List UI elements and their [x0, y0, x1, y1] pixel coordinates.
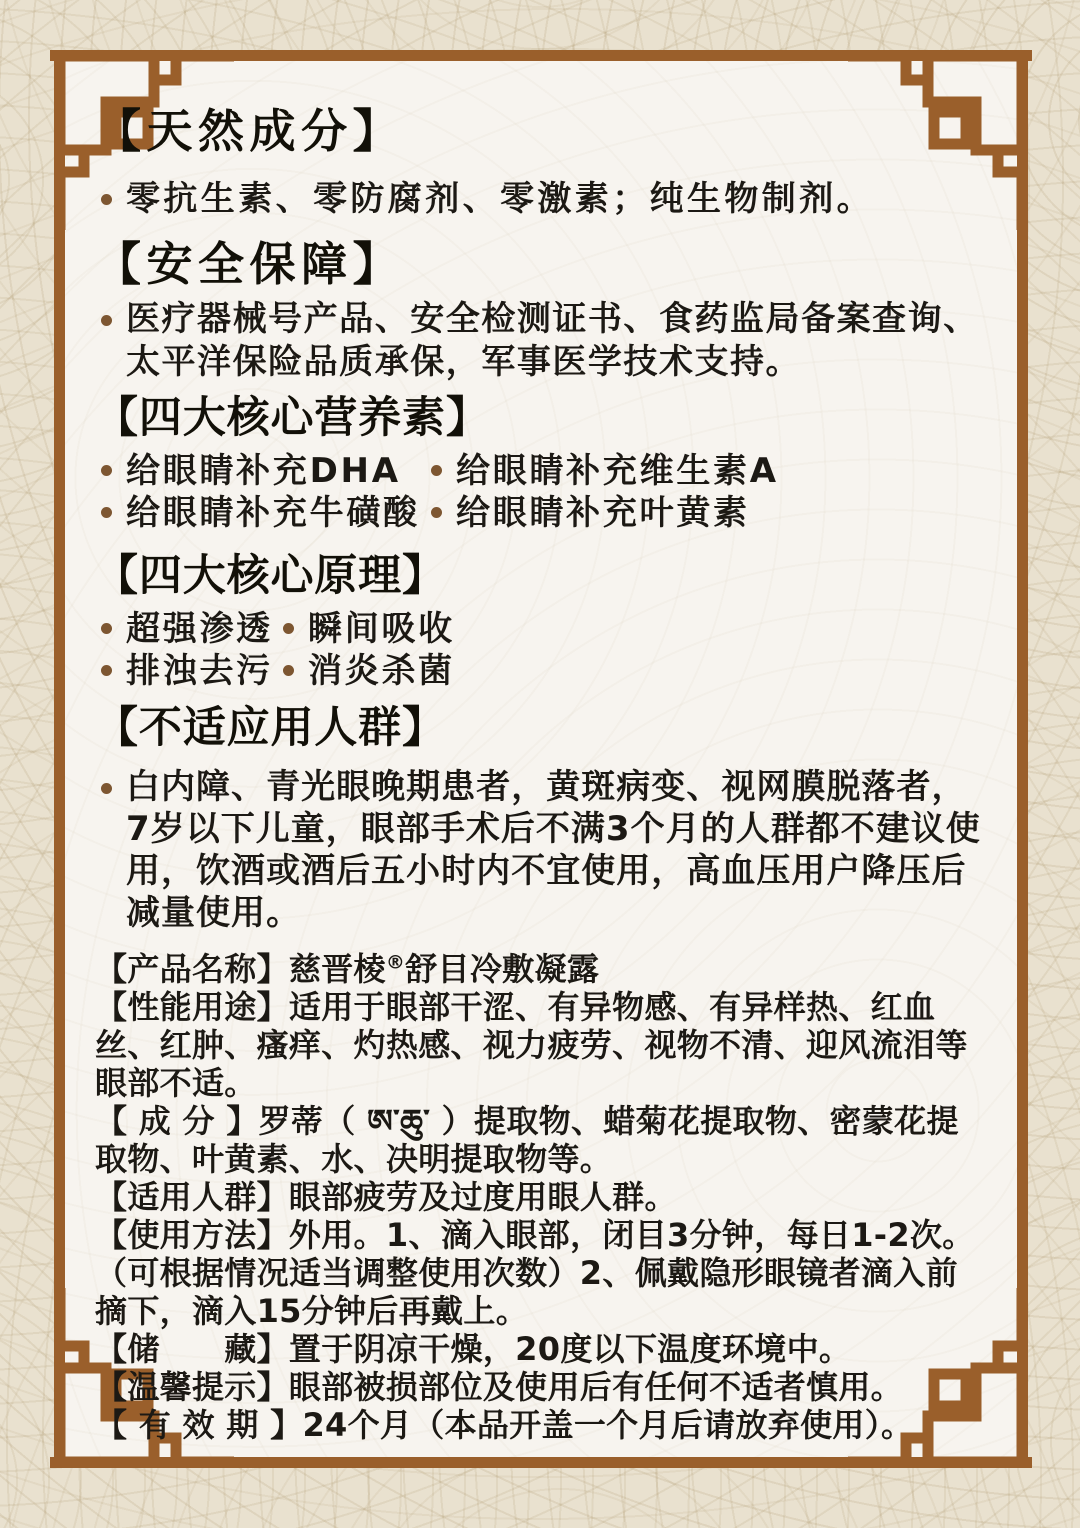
bullet-dot-icon: [101, 194, 112, 205]
principle-item: 消炎杀菌: [277, 650, 990, 692]
bullet-dot-icon: [283, 665, 294, 676]
bullet-dot-icon: [101, 315, 112, 326]
bullet-dot-icon: [101, 465, 112, 476]
nutrient-text: 给眼睛补充维生素A: [456, 450, 779, 492]
frame-border-left: [54, 50, 65, 1468]
unsuitable-users-text: 白内障、青光眼晚期患者，黄斑病变、视网膜脱落者，7岁以下儿童，眼部手术后不满3个…: [126, 766, 990, 934]
registered-trademark-icon: ®: [386, 951, 405, 973]
nutrient-item: 给眼睛补充维生素A: [425, 450, 990, 492]
safety-item: 医疗器械号产品、安全检测证书、食药监局备案查询、太平洋保险品质承保，军事医学技术…: [95, 298, 990, 384]
section-title-natural-ingredients: 【天然成分】: [95, 105, 990, 157]
nutrient-item: 给眼睛补充牛磺酸: [95, 492, 425, 534]
natural-ingredients-item: 零抗生素、零防腐剂、零激素；纯生物制剂。: [95, 177, 990, 222]
frame-border-right: [1017, 50, 1028, 1468]
section-title-nutrients: 【四大核心营养素】: [95, 392, 990, 444]
shelf-life-line: 【 有 效 期 】24个月（本品开盖一个月后请放弃使用）。: [95, 1406, 990, 1444]
bullet-dot-icon: [101, 783, 112, 794]
principle-item: 瞬间吸收: [277, 608, 990, 650]
directions-line: 【使用方法】外用。1、滴入眼部，闭目3分钟，每日1-2次。（可根据情况适当调整使…: [95, 1216, 990, 1330]
principle-text: 超强渗透: [126, 608, 273, 650]
section-title-safety: 【安全保障】: [95, 238, 990, 290]
principle-item: 超强渗透: [95, 608, 277, 650]
section-title-principles: 【四大核心原理】: [95, 550, 990, 602]
bullet-dot-icon: [101, 623, 112, 634]
bullet-dot-icon: [101, 507, 112, 518]
product-name-rest: 舒目冷敷凝露: [405, 950, 599, 988]
principles-grid: 超强渗透 瞬间吸收 排浊去污 消炎杀菌: [95, 608, 990, 692]
nutrient-item: 给眼睛补充DHA: [95, 450, 425, 492]
usage-scope-line: 【性能用途】适用于眼部干涩、有异物感、有异样热、红血丝、红肿、瘙痒、灼热感、视力…: [95, 988, 990, 1102]
safety-text: 医疗器械号产品、安全检测证书、食药监局备案查询、太平洋保险品质承保，军事医学技术…: [126, 298, 990, 384]
principle-text: 瞬间吸收: [308, 608, 455, 650]
product-name-label: 【产品名称】慈晋棱: [95, 950, 386, 988]
principle-item: 排浊去污: [95, 650, 277, 692]
label-content: 【天然成分】 零抗生素、零防腐剂、零激素；纯生物制剂。 【安全保障】 医疗器械号…: [95, 105, 990, 1444]
target-users-line: 【适用人群】眼部疲劳及过度用眼人群。: [95, 1178, 990, 1216]
nutrient-text: 给眼睛补充叶黄素: [456, 492, 750, 534]
bullet-dot-icon: [431, 507, 442, 518]
nutrient-text: 给眼睛补充DHA: [126, 450, 401, 492]
principle-text: 消炎杀菌: [308, 650, 455, 692]
nutrient-item: 给眼睛补充叶黄素: [425, 492, 990, 534]
storage-line: 【储 藏】置于阴凉干燥，20度以下温度环境中。: [95, 1330, 990, 1368]
product-details-block: 【产品名称】慈晋棱®舒目冷敷凝露 【性能用途】适用于眼部干涩、有异物感、有异样热…: [95, 950, 990, 1444]
nutrient-text: 给眼睛补充牛磺酸: [126, 492, 420, 534]
warm-tip-line: 【温馨提示】眼部被损部位及使用后有任何不适者慎用。: [95, 1368, 990, 1406]
section-title-unsuitable-users: 【不适应用人群】: [95, 702, 990, 754]
bullet-dot-icon: [283, 623, 294, 634]
ingredients-line: 【 成 分 】罗蒂（ ཨ་ཆུ་ ）提取物、蜡菊花提取物、密蒙花提取物、叶黄素、…: [95, 1102, 990, 1178]
bullet-dot-icon: [431, 465, 442, 476]
bullet-dot-icon: [101, 665, 112, 676]
product-name-line: 【产品名称】慈晋棱®舒目冷敷凝露: [95, 950, 990, 988]
nutrients-grid: 给眼睛补充DHA 给眼睛补充维生素A 给眼睛补充牛磺酸 给眼睛补充叶黄素: [95, 450, 990, 534]
natural-ingredients-text: 零抗生素、零防腐剂、零激素；纯生物制剂。: [126, 177, 874, 222]
principle-text: 排浊去污: [126, 650, 273, 692]
unsuitable-users-item: 白内障、青光眼晚期患者，黄斑病变、视网膜脱落者，7岁以下儿童，眼部手术后不满3个…: [95, 766, 990, 934]
